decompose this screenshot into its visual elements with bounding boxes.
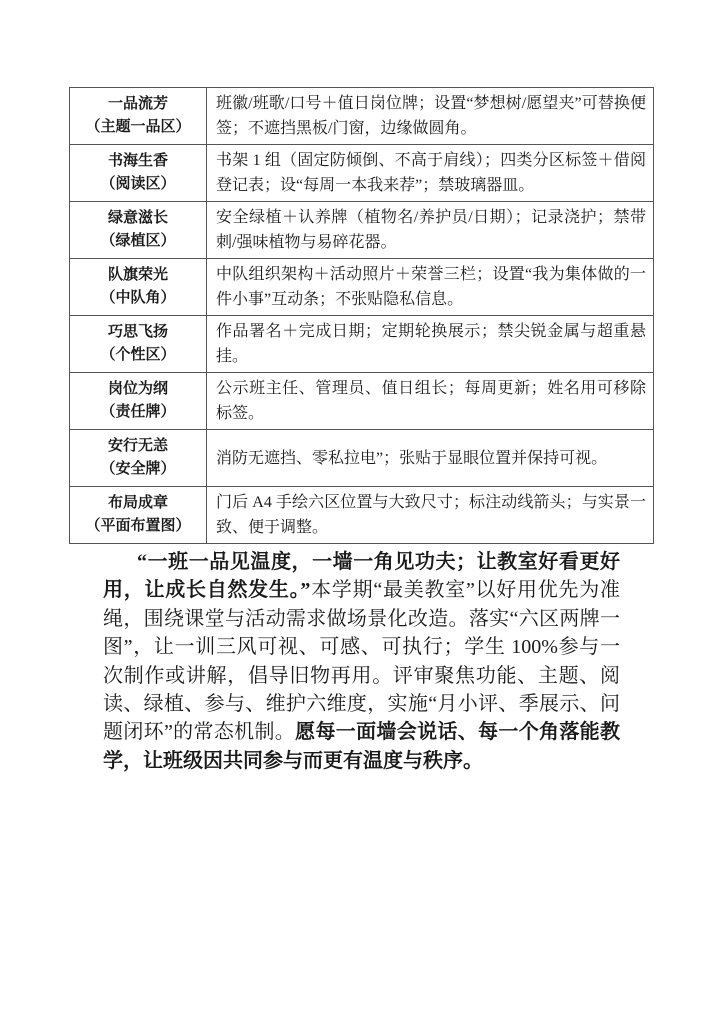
table-row: 一品流芳 （主题一品区） 班徽/班歌/口号＋值日岗位牌；设置“梦想树/愿望夹”可… xyxy=(70,88,654,145)
zone-subtitle: （安全牌） xyxy=(71,458,205,481)
table-row: 布局成章 （平面布置图） 门后 A4 手绘六区位置与大致尺寸；标注动线箭头；与实… xyxy=(70,487,654,544)
zone-title: 巧思飞扬 xyxy=(71,321,205,344)
zone-subtitle: （主题一品区） xyxy=(71,116,205,139)
zone-name-cell: 一品流芳 （主题一品区） xyxy=(70,88,207,145)
zone-subtitle: （阅读区） xyxy=(71,173,205,196)
zone-name-cell: 书海生香 （阅读区） xyxy=(70,145,207,202)
zone-title: 绿意滋长 xyxy=(71,207,205,230)
table-row: 队旗荣光 （中队角） 中队组织架构＋活动照片＋荣誉三栏；设置“我为集体做的一件小… xyxy=(70,259,654,316)
zone-name-cell: 安行无恙 （安全牌） xyxy=(70,430,207,487)
document-page: 一品流芳 （主题一品区） 班徽/班歌/口号＋值日岗位牌；设置“梦想树/愿望夹”可… xyxy=(0,0,724,1024)
zone-name-cell: 岗位为纲 （责任牌） xyxy=(70,373,207,430)
summary-paragraph: “一班一品见温度，一墙一角见功夫；让教室好看更好用，让成长自然发生。”本学期“最… xyxy=(103,548,620,775)
zone-desc-cell: 班徽/班歌/口号＋值日岗位牌；设置“梦想树/愿望夹”可替换便签；不遮挡黑板/门窗… xyxy=(207,88,654,145)
zone-subtitle: （绿植区） xyxy=(71,230,205,253)
zone-subtitle: （责任牌） xyxy=(71,401,205,424)
zone-title: 布局成章 xyxy=(71,492,205,515)
zone-name-cell: 队旗荣光 （中队角） xyxy=(70,259,207,316)
zone-name-cell: 巧思飞扬 （个性区） xyxy=(70,316,207,373)
zone-desc-cell: 安全绿植＋认养牌（植物名/养护员/日期）；记录浇护；禁带刺/强味植物与易碎花器。 xyxy=(207,202,654,259)
zone-title: 岗位为纲 xyxy=(71,378,205,401)
zone-name-cell: 布局成章 （平面布置图） xyxy=(70,487,207,544)
zone-desc-cell: 书架 1 组（固定防倾倒、不高于肩线）；四类分区标签＋借阅登记表；设“每周一本我… xyxy=(207,145,654,202)
zone-desc-cell: 公示班主任、管理员、值日组长；每周更新；姓名用可移除标签。 xyxy=(207,373,654,430)
paragraph-body-text: 本学期“最美教室”以好用优先为准绳，围绕课堂与活动需求做场景化改造。落实“六区两… xyxy=(103,579,620,743)
table-row: 绿意滋长 （绿植区） 安全绿植＋认养牌（植物名/养护员/日期）；记录浇护；禁带刺… xyxy=(70,202,654,259)
zone-subtitle: （个性区） xyxy=(71,344,205,367)
zone-name-cell: 绿意滋长 （绿植区） xyxy=(70,202,207,259)
zone-table: 一品流芳 （主题一品区） 班徽/班歌/口号＋值日岗位牌；设置“梦想树/愿望夹”可… xyxy=(69,87,654,544)
zone-desc-cell: 作品署名＋完成日期；定期轮换展示；禁尖锐金属与超重悬挂。 xyxy=(207,316,654,373)
zone-title: 队旗荣光 xyxy=(71,264,205,287)
zone-title: 安行无恙 xyxy=(71,435,205,458)
zone-desc-cell: 消防无遮挡、零私拉电”；张贴于显眼位置并保持可视。 xyxy=(207,430,654,487)
zone-title: 书海生香 xyxy=(71,150,205,173)
table-row: 巧思飞扬 （个性区） 作品署名＋完成日期；定期轮换展示；禁尖锐金属与超重悬挂。 xyxy=(70,316,654,373)
table-row: 岗位为纲 （责任牌） 公示班主任、管理员、值日组长；每周更新；姓名用可移除标签。 xyxy=(70,373,654,430)
table-row: 安行无恙 （安全牌） 消防无遮挡、零私拉电”；张贴于显眼位置并保持可视。 xyxy=(70,430,654,487)
zone-subtitle: （中队角） xyxy=(71,287,205,310)
zone-title: 一品流芳 xyxy=(71,93,205,116)
zone-desc-cell: 中队组织架构＋活动照片＋荣誉三栏；设置“我为集体做的一件小事”互动条；不张贴隐私… xyxy=(207,259,654,316)
table-row: 书海生香 （阅读区） 书架 1 组（固定防倾倒、不高于肩线）；四类分区标签＋借阅… xyxy=(70,145,654,202)
zone-subtitle: （平面布置图） xyxy=(71,515,205,538)
zone-desc-cell: 门后 A4 手绘六区位置与大致尺寸；标注动线箭头；与实景一致、便于调整。 xyxy=(207,487,654,544)
